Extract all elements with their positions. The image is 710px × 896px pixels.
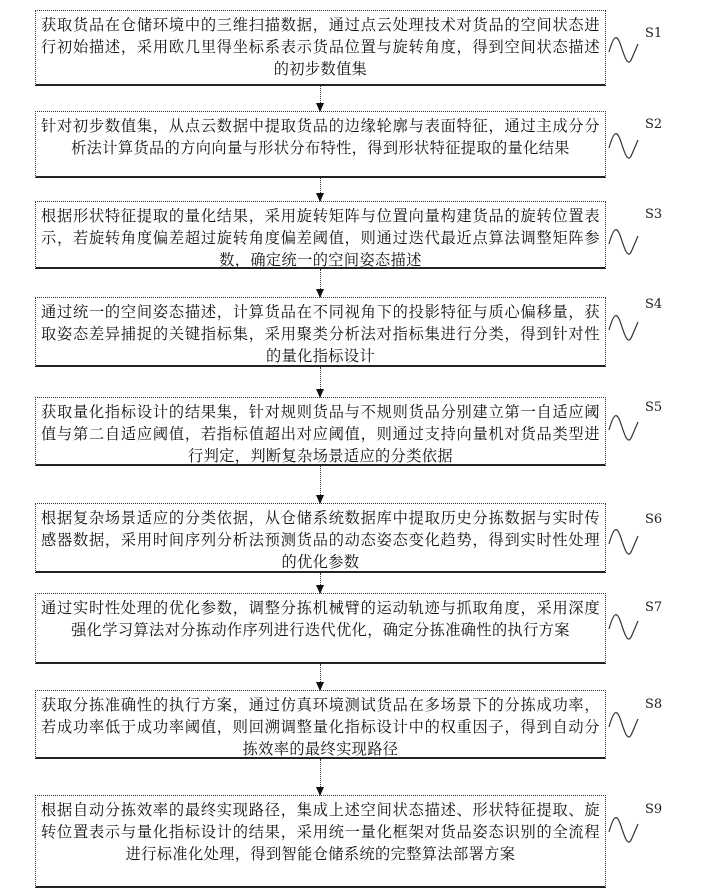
- step-label-s6: S6: [645, 512, 662, 527]
- wave-leader-icon: [608, 808, 642, 846]
- step-label-s2: S2: [645, 117, 662, 132]
- step-label-s9: S9: [645, 802, 662, 817]
- down-arrow-icon: [320, 664, 323, 690]
- step-label-s8: S8: [645, 697, 662, 712]
- step-label-s4: S4: [645, 297, 662, 312]
- wave-leader-icon: [608, 28, 642, 66]
- wave-leader-icon: [608, 220, 642, 258]
- step-label-s3: S3: [645, 207, 662, 222]
- step-box-s3: 根据形状特征提取的量化结果，采用旋转矩阵与位置向量构建货品的旋转位置表示，若旋转…: [35, 201, 606, 269]
- down-arrow-icon: [320, 86, 323, 111]
- step-box-s4: 通过统一的空间姿态描述，计算货品在不同视角下的投影特征与质心偏移量，获取姿态差异…: [35, 297, 606, 367]
- step-label-s5: S5: [645, 400, 662, 415]
- step-label-s7: S7: [645, 600, 662, 615]
- step-box-s1: 获取货品在仓储环境中的三维扫描数据，通过点云处理技术对货品的空间状态进行初始描述…: [35, 10, 606, 86]
- wave-leader-icon: [608, 520, 642, 558]
- wave-leader-icon: [608, 605, 642, 643]
- down-arrow-icon: [320, 466, 323, 503]
- wave-leader-icon: [608, 703, 642, 741]
- step-box-s9: 根据自动分拣效率的最终实现路径，集成上述空间状态描述、形状特征提取、旋转位置表示…: [35, 795, 606, 888]
- wave-leader-icon: [608, 306, 642, 344]
- wave-leader-icon: [608, 406, 642, 444]
- step-box-s7: 通过实时性处理的优化参数，调整分拣机械臂的运动轨迹与抓取角度，采用深度强化学习算…: [35, 593, 606, 664]
- down-arrow-icon: [320, 178, 323, 201]
- wave-leader-icon: [608, 124, 642, 162]
- down-arrow-icon: [320, 573, 323, 593]
- down-arrow-icon: [320, 269, 323, 297]
- down-arrow-icon: [320, 367, 323, 397]
- step-box-s6: 根据复杂场景适应的分类依据，从仓储系统数据库中提取历史分拣数据与实时传感器数据，…: [35, 503, 606, 573]
- step-box-s8: 获取分拣准确性的执行方案，通过仿真环境测试货品在多场景下的分拣成功率，若成功率低…: [35, 690, 606, 759]
- step-label-s1: S1: [645, 26, 662, 41]
- step-box-s2: 针对初步数值集，从点云数据中提取货品的边缘轮廓与表面特征，通过主成分分析法计算货…: [35, 111, 606, 178]
- down-arrow-icon: [320, 759, 323, 795]
- step-box-s5: 获取量化指标设计的结果集，针对规则货品与不规则货品分别建立第一自适应阈值与第二自…: [35, 397, 606, 466]
